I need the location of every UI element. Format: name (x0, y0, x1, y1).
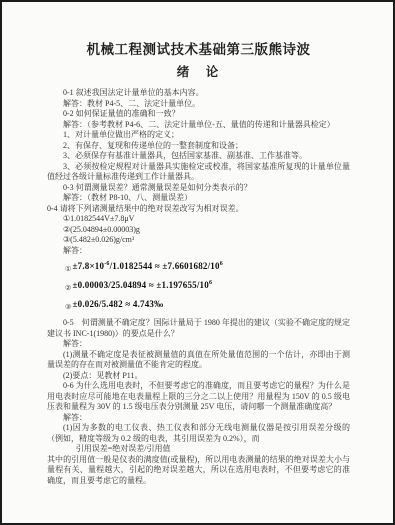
answer-0-5-para-1: (1)测量不确定度是表征被测量值的真值在所处量值范围的一个估计，亦即由于测量误差… (47, 350, 350, 371)
question-0-4-item-2: ②(25.04894±0.00003)g (47, 225, 350, 236)
question-0-5: 0-5 何谓测量不确定度？国际计量局于 1980 年提出的建议（实验不确定度的规… (47, 318, 350, 339)
formula-1-number: ① (65, 265, 71, 273)
formula-3-text: ±0.026/5.482 ≈ 4.743‰ (72, 299, 163, 309)
formula-2-part-1: ±0.00003/25.04894 ≈ ±1.197655/10 (72, 280, 208, 290)
formula-3-number: ③ (65, 303, 71, 311)
formula-2-number: ② (65, 284, 71, 292)
answer-0-6-para-1: (1)因为多数的电工仪表、热工仪表和部分无线电测量仪器是按引用误差分级的（例如，… (47, 423, 350, 444)
section-heading: 绪 论 (47, 66, 350, 79)
formula-1: ①±7.8×10-6/1.0182544 ≈ ±7.6601682/106 (47, 261, 350, 275)
answer-0-2-head: 解答：（参考教材 P4-6、二、法定计量单位-五、量值的传递和计量器具检定） (47, 120, 350, 131)
answer-0-3: 解答：（教材 P8-10、八、测量误差） (47, 193, 350, 204)
formula-3: ③±0.026/5.482 ≈ 4.743‰ (47, 299, 350, 313)
question-0-4-item-3: ③(5.482±0.026)g/cm³ (47, 235, 350, 246)
formula-2: ②±0.00003/25.04894 ≈ ±1.197655/106 (47, 280, 350, 294)
question-0-3: 0-3 何谓测量误差？通常测量误差是如何分类表示的？ (47, 183, 350, 194)
answer-0-5-para-2: (2)要点：见教材 P11。 (47, 371, 350, 382)
document-page: 机械工程测试技术基础第三版熊诗波 绪 论 0-1 叙述我国法定计量单位的基本内容… (0, 0, 395, 525)
formula-1-text: ±7.8×10-6/1.0182544 ≈ ±7.6601682/106 (72, 261, 222, 271)
answer-0-4-head: 解答： (47, 246, 350, 257)
document-content: 机械工程测试技术基础第三版熊诗波 绪 论 0-1 叙述我国法定计量单位的基本内容… (2, 2, 393, 486)
formula-1-part-2: /1.0182544 ≈ ±7.6601682/10 (110, 261, 220, 271)
question-0-4-item-1: ①1.0182544V±7.8μV (47, 214, 350, 225)
answer-0-5-head: 解答： (47, 339, 350, 350)
answer-0-6-para-2: 其中的引用值一般是仪表的满度值(或量程)，所以用电表测量的结果的绝对误差大小与量… (47, 455, 350, 487)
formula-1-part-1: ±7.8×10 (72, 261, 104, 271)
answer-0-1: 解答：教材 P4-5、二、法定计量单位。 (47, 99, 350, 110)
answer-0-6-inline-formula: 引用误差=绝对误差/引用值 (47, 444, 350, 455)
document-title: 机械工程测试技术基础第三版熊诗波 (47, 42, 350, 58)
answer-0-2-item-4: 3、必须按检定规程对计量器具实施检定或校准，将国家基准所复现的计量单位量值经过各… (47, 162, 350, 183)
formula-2-text: ±0.00003/25.04894 ≈ ±1.197655/106 (72, 280, 212, 290)
question-0-4: 0-4 请将下列诸测量结果中的绝对误差改写为相对误差。 (47, 204, 350, 215)
answer-0-6-head: 解答： (47, 413, 350, 424)
answer-0-2-item-1: 1、对计量单位做出严格的定义； (47, 130, 350, 141)
question-0-1: 0-1 叙述我国法定计量单位的基本内容。 (47, 88, 350, 99)
formula-2-exponent-1: 6 (209, 280, 212, 286)
answer-0-2-item-2: 2、有保存、复现和传递单位的一整套制度和设备； (47, 141, 350, 152)
answer-0-2-item-3: 3、必须保存有基准计量器具，包括国家基准、副基准、工作基准等。 (47, 151, 350, 162)
formula-1-exponent-2: 6 (220, 261, 223, 267)
question-0-2: 0-2 如何保证量值的准确和一致？ (47, 109, 350, 120)
question-0-6: 0-6 为什么选用电表时，不但要考虑它的准确度，而且要考虑它的量程？为什么是用电… (47, 381, 350, 413)
